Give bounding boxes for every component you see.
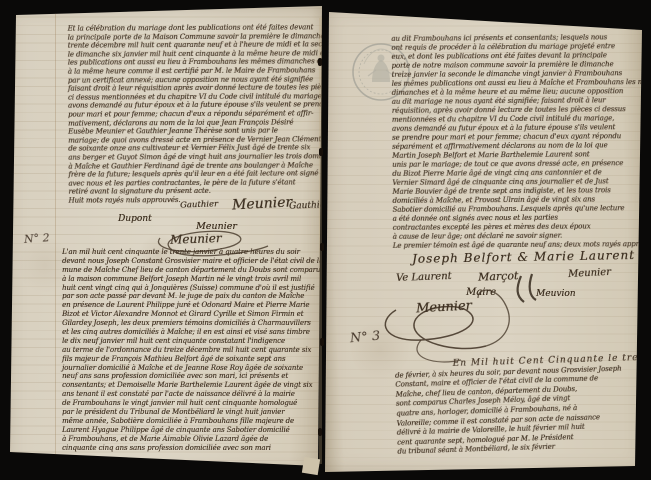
binding-stitch bbox=[318, 58, 322, 66]
right-page: frand Vu au dit Frambouhans ici présents… bbox=[320, 0, 651, 480]
handwritten-line: fils majeur de François Mathieu Belfort … bbox=[62, 355, 318, 364]
act-marriage-conclusion-text: Et la célébration du mariage dont les pu… bbox=[68, 23, 319, 205]
binding-stitch bbox=[319, 148, 323, 156]
binding-stitch bbox=[320, 243, 324, 251]
handwritten-line: le dix neuf janvier mil huit cent cinqua… bbox=[62, 337, 318, 346]
handwritten-line: à Frambouhans, et de Marie Aimable Olivi… bbox=[62, 435, 318, 444]
handwritten-line: mune de Maîche Chef lieu de canton dépar… bbox=[62, 266, 318, 275]
act-3-record-text: En Mil huit Cent Cinquante le treizième … bbox=[395, 354, 636, 457]
corner-annotation: frand bbox=[542, 9, 565, 20]
signature-gauthier-1: Gauthier bbox=[180, 199, 218, 210]
handwritten-line: Bizot et Victor Alexandre Monnot et Gira… bbox=[62, 310, 318, 319]
under-page-corner-edge bbox=[302, 457, 320, 475]
corner-paraph: Vu bbox=[587, 5, 608, 22]
handwritten-line: Gilardey Joseph, les deux premiers témoi… bbox=[62, 319, 318, 328]
handwritten-line: en présence de Laurent Philippe juré et … bbox=[62, 301, 318, 310]
handwritten-line: à la maison commune Belfort Joseph Marti… bbox=[62, 275, 318, 284]
binding-stitch bbox=[320, 338, 324, 346]
signature-gauthier-2: Gauthier bbox=[289, 200, 330, 211]
archival-photo-background: { "colors": { "background": "#0a0908", "… bbox=[0, 0, 651, 480]
handwritten-line: Laurent Hyague Philippe âgé de cinquante… bbox=[62, 426, 318, 435]
handwritten-line: par le président du Tribunal de Montbéli… bbox=[62, 408, 318, 417]
left-page: Et la célébration du mariage dont les pu… bbox=[0, 0, 330, 480]
binding-stitch bbox=[318, 428, 322, 436]
margin-note-act-number-2: N° 2 bbox=[24, 231, 50, 246]
signature-meunier-1: Meunier bbox=[232, 194, 293, 213]
act-2-marriage-record-text: L'an mil huit cent cinquante le trente j… bbox=[62, 248, 318, 452]
handwritten-line: ans tenant il est constaté par l'acte de… bbox=[62, 390, 318, 399]
handwritten-line: cinquante cinq ans sans profession domic… bbox=[62, 444, 318, 453]
act-2-continuation-text: au dit Frambouhans ici présents et conse… bbox=[391, 33, 635, 251]
binding-gutter bbox=[319, 18, 322, 464]
handwritten-line: devant nous Joseph Constant Grosvisier m… bbox=[62, 257, 318, 266]
handwritten-line: au terme de l'ordonnance du treize décem… bbox=[62, 346, 318, 355]
handwritten-line: L'an mil huit cent cinquante le trente j… bbox=[62, 248, 318, 257]
margin-note-act-number-3: N° 3 bbox=[349, 329, 380, 347]
handwritten-line: par son acte passé par devant M. le juge… bbox=[62, 292, 318, 301]
handwritten-line: même année, Sabotière domiciliée à Framb… bbox=[62, 417, 318, 426]
handwritten-line: et les cinq autres domiciliés à Maîche; … bbox=[62, 328, 318, 337]
handwritten-line: de Frambouhans le vingt janvier mil huit… bbox=[62, 399, 318, 408]
handwritten-line: consentants; et Demoiselle Marie Barthel… bbox=[62, 381, 318, 390]
